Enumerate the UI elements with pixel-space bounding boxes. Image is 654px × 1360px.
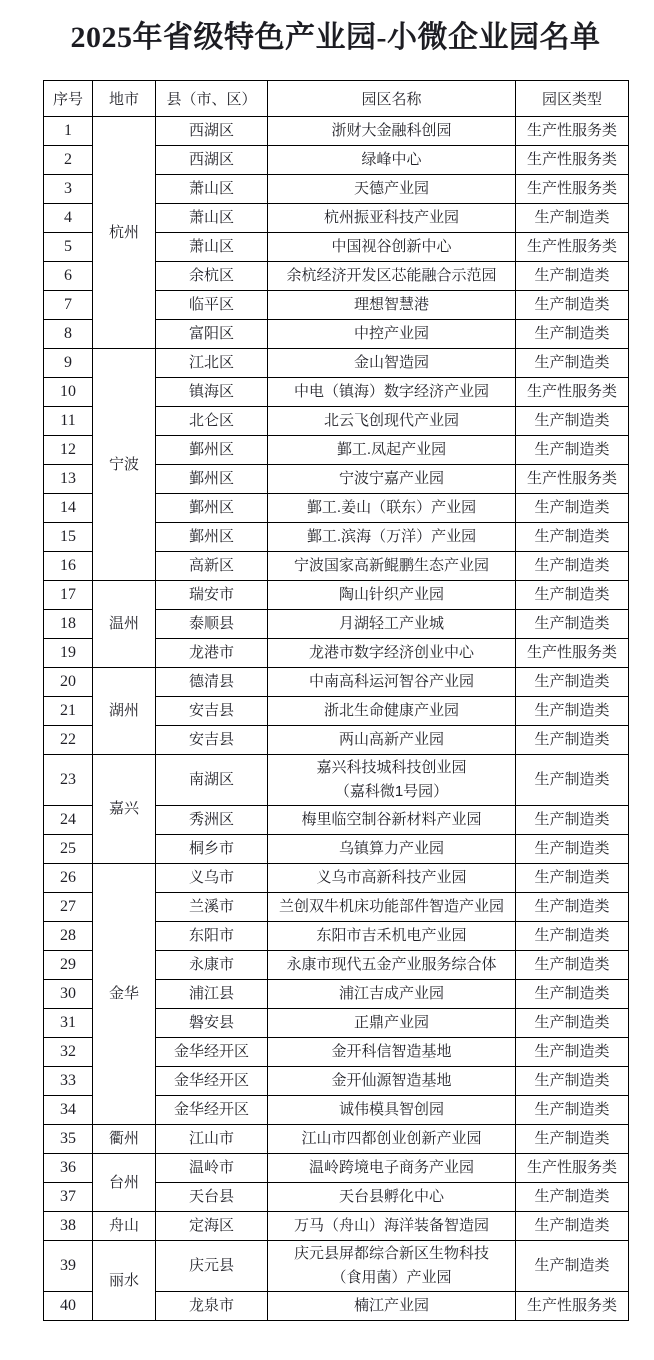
cell-county: 西湖区 [156, 117, 268, 146]
cell-park-name: 温岭跨境电子商务产业园 [268, 1154, 516, 1183]
cell-park-type: 生产性服务类 [516, 378, 629, 407]
cell-county: 东阳市 [156, 922, 268, 951]
cell-park-type: 生产性服务类 [516, 175, 629, 204]
cell-serial-no: 8 [44, 320, 93, 349]
cell-park-name: 永康市现代五金产业服务综合体 [268, 951, 516, 980]
cell-county: 富阳区 [156, 320, 268, 349]
cell-city: 温州 [93, 581, 156, 668]
cell-serial-no: 22 [44, 726, 93, 755]
cell-park-type: 生产制造类 [516, 806, 629, 835]
cell-park-type: 生产制造类 [516, 320, 629, 349]
table-row: 26金华义乌市义乌市高新科技产业园生产制造类 [44, 864, 629, 893]
cell-serial-no: 32 [44, 1038, 93, 1067]
cell-park-name: 庆元县屏都综合新区生物科技 （食用菌）产业园 [268, 1241, 516, 1292]
cell-park-name: 绿峰中心 [268, 146, 516, 175]
cell-county: 安吉县 [156, 726, 268, 755]
cell-serial-no: 40 [44, 1292, 93, 1321]
header-park-type: 园区类型 [516, 81, 629, 117]
document-page: 2025年省级特色产业园-小微企业园名单 序号 地市 县（市、区） 园区名称 园… [0, 0, 654, 1360]
cell-county: 南湖区 [156, 755, 268, 806]
cell-serial-no: 36 [44, 1154, 93, 1183]
cell-park-type: 生产制造类 [516, 980, 629, 1009]
cell-county: 鄞州区 [156, 494, 268, 523]
table-row: 39丽水庆元县庆元县屏都综合新区生物科技 （食用菌）产业园生产制造类 [44, 1241, 629, 1292]
cell-serial-no: 18 [44, 610, 93, 639]
cell-serial-no: 2 [44, 146, 93, 175]
cell-serial-no: 12 [44, 436, 93, 465]
cell-county: 浦江县 [156, 980, 268, 1009]
cell-county: 德清县 [156, 668, 268, 697]
cell-serial-no: 27 [44, 893, 93, 922]
cell-county: 北仑区 [156, 407, 268, 436]
cell-park-name: 中南高科运河智谷产业园 [268, 668, 516, 697]
cell-park-type: 生产制造类 [516, 523, 629, 552]
cell-park-name: 浙财大金融科创园 [268, 117, 516, 146]
cell-county: 鄞州区 [156, 523, 268, 552]
header-city: 地市 [93, 81, 156, 117]
industrial-parks-table: 序号 地市 县（市、区） 园区名称 园区类型 1杭州西湖区浙财大金融科创园生产性… [43, 80, 629, 1321]
cell-park-type: 生产制造类 [516, 494, 629, 523]
cell-park-type: 生产制造类 [516, 1212, 629, 1241]
cell-park-name: 天德产业园 [268, 175, 516, 204]
cell-serial-no: 16 [44, 552, 93, 581]
cell-city: 丽水 [93, 1241, 156, 1321]
cell-county: 永康市 [156, 951, 268, 980]
cell-serial-no: 9 [44, 349, 93, 378]
cell-park-type: 生产制造类 [516, 1009, 629, 1038]
cell-county: 安吉县 [156, 697, 268, 726]
cell-serial-no: 33 [44, 1067, 93, 1096]
cell-county: 兰溪市 [156, 893, 268, 922]
cell-serial-no: 5 [44, 233, 93, 262]
cell-serial-no: 19 [44, 639, 93, 668]
cell-county: 鄞州区 [156, 465, 268, 494]
cell-county: 龙港市 [156, 639, 268, 668]
cell-park-name: 北云飞创现代产业园 [268, 407, 516, 436]
cell-park-name: 金开仙源智造基地 [268, 1067, 516, 1096]
cell-park-name: 金开科信智造基地 [268, 1038, 516, 1067]
cell-county: 江山市 [156, 1125, 268, 1154]
cell-serial-no: 38 [44, 1212, 93, 1241]
cell-park-name: 鄞工.姜山（联东）产业园 [268, 494, 516, 523]
cell-county: 江北区 [156, 349, 268, 378]
cell-park-type: 生产制造类 [516, 697, 629, 726]
cell-serial-no: 25 [44, 835, 93, 864]
cell-park-name: 正鼎产业园 [268, 1009, 516, 1038]
table-row: 17温州瑞安市陶山针织产业园生产制造类 [44, 581, 629, 610]
cell-park-name: 龙港市数字经济创业中心 [268, 639, 516, 668]
cell-park-name: 诚伟模具智创园 [268, 1096, 516, 1125]
table-row: 9宁波江北区金山智造园生产制造类 [44, 349, 629, 378]
cell-park-type: 生产性服务类 [516, 117, 629, 146]
cell-serial-no: 28 [44, 922, 93, 951]
cell-serial-no: 14 [44, 494, 93, 523]
cell-serial-no: 30 [44, 980, 93, 1009]
cell-park-type: 生产制造类 [516, 1038, 629, 1067]
cell-park-type: 生产制造类 [516, 835, 629, 864]
cell-county: 温岭市 [156, 1154, 268, 1183]
page-title: 2025年省级特色产业园-小微企业园名单 [43, 18, 628, 58]
cell-serial-no: 6 [44, 262, 93, 291]
cell-serial-no: 21 [44, 697, 93, 726]
cell-park-type: 生产制造类 [516, 349, 629, 378]
table-row: 20湖州德清县中南高科运河智谷产业园生产制造类 [44, 668, 629, 697]
cell-park-name: 天台县孵化中心 [268, 1183, 516, 1212]
cell-park-type: 生产制造类 [516, 922, 629, 951]
cell-park-type: 生产制造类 [516, 552, 629, 581]
cell-county: 萧山区 [156, 233, 268, 262]
cell-county: 泰顺县 [156, 610, 268, 639]
cell-park-type: 生产制造类 [516, 1183, 629, 1212]
cell-park-name: 鄞工.滨海（万洋）产业园 [268, 523, 516, 552]
cell-park-type: 生产制造类 [516, 581, 629, 610]
cell-park-name: 江山市四都创业创新产业园 [268, 1125, 516, 1154]
cell-county: 鄞州区 [156, 436, 268, 465]
cell-park-type: 生产制造类 [516, 726, 629, 755]
cell-park-type: 生产性服务类 [516, 639, 629, 668]
cell-park-name: 余杭经济开发区芯能融合示范园 [268, 262, 516, 291]
cell-county: 西湖区 [156, 146, 268, 175]
cell-county: 义乌市 [156, 864, 268, 893]
cell-park-name: 浙北生命健康产业园 [268, 697, 516, 726]
cell-park-type: 生产制造类 [516, 291, 629, 320]
cell-park-type: 生产制造类 [516, 755, 629, 806]
table-row: 1杭州西湖区浙财大金融科创园生产性服务类 [44, 117, 629, 146]
cell-park-type: 生产制造类 [516, 1241, 629, 1292]
cell-park-name: 中控产业园 [268, 320, 516, 349]
cell-serial-no: 23 [44, 755, 93, 806]
cell-serial-no: 37 [44, 1183, 93, 1212]
cell-park-name: 金山智造园 [268, 349, 516, 378]
cell-park-type: 生产制造类 [516, 407, 629, 436]
cell-park-name: 万马（舟山）海洋装备智造园 [268, 1212, 516, 1241]
cell-park-name: 中电（镇海）数字经济产业园 [268, 378, 516, 407]
cell-serial-no: 13 [44, 465, 93, 494]
cell-park-type: 生产性服务类 [516, 233, 629, 262]
cell-county: 桐乡市 [156, 835, 268, 864]
cell-park-name: 宁波宁嘉产业园 [268, 465, 516, 494]
cell-park-name: 理想智慧港 [268, 291, 516, 320]
cell-park-type: 生产制造类 [516, 893, 629, 922]
cell-city: 湖州 [93, 668, 156, 755]
cell-serial-no: 31 [44, 1009, 93, 1038]
cell-park-type: 生产制造类 [516, 1067, 629, 1096]
cell-city: 嘉兴 [93, 755, 156, 864]
cell-city: 金华 [93, 864, 156, 1125]
cell-serial-no: 10 [44, 378, 93, 407]
cell-county: 金华经开区 [156, 1067, 268, 1096]
table-row: 36台州温岭市温岭跨境电子商务产业园生产性服务类 [44, 1154, 629, 1183]
cell-serial-no: 11 [44, 407, 93, 436]
cell-county: 萧山区 [156, 204, 268, 233]
cell-city: 衢州 [93, 1125, 156, 1154]
cell-city: 舟山 [93, 1212, 156, 1241]
header-county: 县（市、区） [156, 81, 268, 117]
cell-park-type: 生产制造类 [516, 1096, 629, 1125]
cell-county: 余杭区 [156, 262, 268, 291]
cell-park-type: 生产制造类 [516, 204, 629, 233]
cell-county: 萧山区 [156, 175, 268, 204]
cell-park-type: 生产制造类 [516, 262, 629, 291]
cell-county: 天台县 [156, 1183, 268, 1212]
cell-serial-no: 26 [44, 864, 93, 893]
cell-serial-no: 29 [44, 951, 93, 980]
cell-county: 瑞安市 [156, 581, 268, 610]
cell-park-type: 生产制造类 [516, 864, 629, 893]
cell-park-name: 宁波国家高新鲲鹏生态产业园 [268, 552, 516, 581]
cell-park-name: 楠江产业园 [268, 1292, 516, 1321]
cell-park-name: 义乌市高新科技产业园 [268, 864, 516, 893]
cell-park-name: 中国视谷创新中心 [268, 233, 516, 262]
cell-park-type: 生产性服务类 [516, 1154, 629, 1183]
cell-park-type: 生产性服务类 [516, 465, 629, 494]
cell-park-type: 生产制造类 [516, 951, 629, 980]
table-body: 1杭州西湖区浙财大金融科创园生产性服务类2西湖区绿峰中心生产性服务类3萧山区天德… [44, 117, 629, 1321]
cell-serial-no: 3 [44, 175, 93, 204]
cell-park-name: 兰创双牛机床功能部件智造产业园 [268, 893, 516, 922]
cell-park-name: 杭州振亚科技产业园 [268, 204, 516, 233]
cell-serial-no: 24 [44, 806, 93, 835]
cell-county: 秀洲区 [156, 806, 268, 835]
cell-serial-no: 15 [44, 523, 93, 552]
cell-park-type: 生产性服务类 [516, 1292, 629, 1321]
cell-county: 定海区 [156, 1212, 268, 1241]
cell-city: 杭州 [93, 117, 156, 349]
header-park-name: 园区名称 [268, 81, 516, 117]
cell-county: 高新区 [156, 552, 268, 581]
cell-county: 磐安县 [156, 1009, 268, 1038]
cell-county: 庆元县 [156, 1241, 268, 1292]
cell-park-type: 生产制造类 [516, 610, 629, 639]
header-serial-no: 序号 [44, 81, 93, 117]
table-row: 38舟山定海区万马（舟山）海洋装备智造园生产制造类 [44, 1212, 629, 1241]
cell-park-type: 生产制造类 [516, 1125, 629, 1154]
cell-park-name: 乌镇算力产业园 [268, 835, 516, 864]
cell-county: 金华经开区 [156, 1096, 268, 1125]
cell-serial-no: 34 [44, 1096, 93, 1125]
cell-serial-no: 20 [44, 668, 93, 697]
cell-county: 金华经开区 [156, 1038, 268, 1067]
cell-serial-no: 17 [44, 581, 93, 610]
cell-county: 临平区 [156, 291, 268, 320]
cell-city: 台州 [93, 1154, 156, 1212]
cell-park-type: 生产性服务类 [516, 146, 629, 175]
cell-park-type: 生产制造类 [516, 668, 629, 697]
cell-serial-no: 4 [44, 204, 93, 233]
cell-serial-no: 39 [44, 1241, 93, 1292]
cell-park-name: 东阳市吉禾机电产业园 [268, 922, 516, 951]
cell-serial-no: 35 [44, 1125, 93, 1154]
cell-park-type: 生产制造类 [516, 436, 629, 465]
table-row: 23嘉兴南湖区嘉兴科技城科技创业园 （嘉科微1号园）生产制造类 [44, 755, 629, 806]
cell-park-name: 鄞工.凤起产业园 [268, 436, 516, 465]
table-header-row: 序号 地市 县（市、区） 园区名称 园区类型 [44, 81, 629, 117]
cell-serial-no: 1 [44, 117, 93, 146]
cell-county: 龙泉市 [156, 1292, 268, 1321]
cell-city: 宁波 [93, 349, 156, 581]
table-row: 35衢州江山市江山市四都创业创新产业园生产制造类 [44, 1125, 629, 1154]
cell-county: 镇海区 [156, 378, 268, 407]
cell-park-name: 月湖轻工产业城 [268, 610, 516, 639]
cell-serial-no: 7 [44, 291, 93, 320]
cell-park-name: 陶山针织产业园 [268, 581, 516, 610]
cell-park-name: 两山高新产业园 [268, 726, 516, 755]
cell-park-name: 梅里临空制谷新材料产业园 [268, 806, 516, 835]
cell-park-name: 浦江吉成产业园 [268, 980, 516, 1009]
cell-park-name: 嘉兴科技城科技创业园 （嘉科微1号园） [268, 755, 516, 806]
